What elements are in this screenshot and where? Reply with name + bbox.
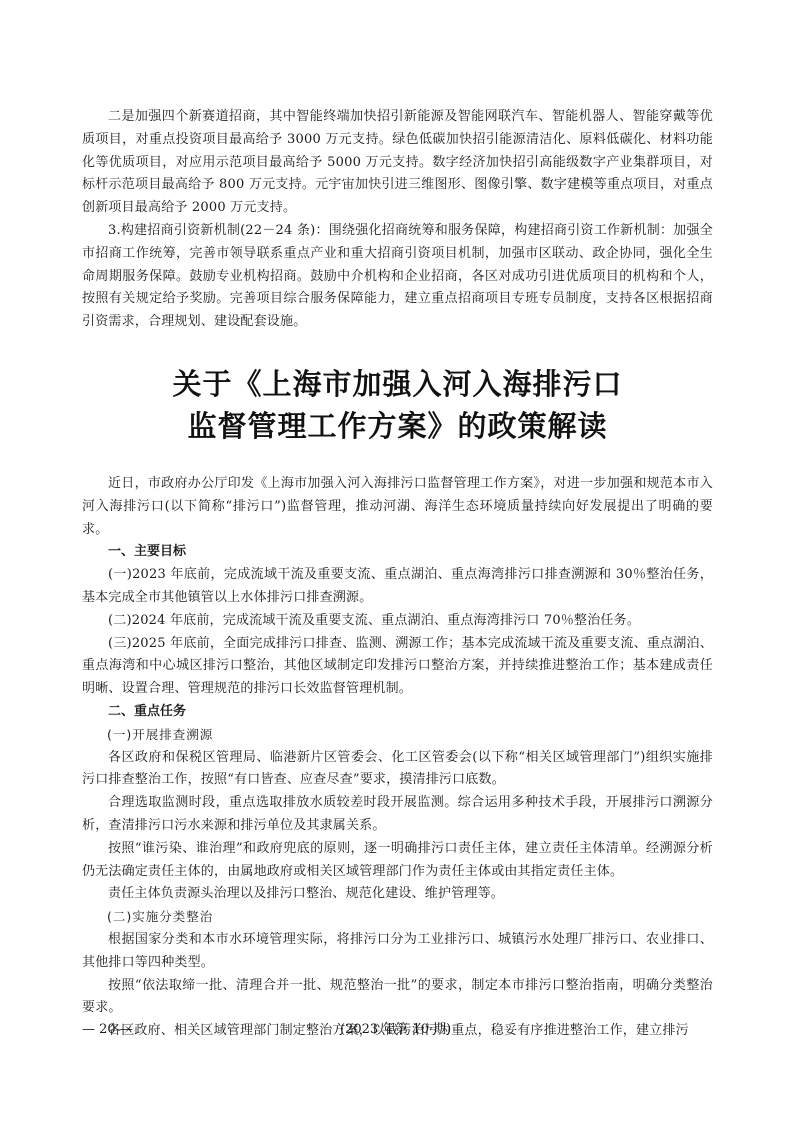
- body-paragraph: 按照“依法取缔一批、清理合并一批、规范整治一批”的要求，制定本市排污口整治指南，…: [82, 975, 713, 1021]
- subsection-heading-survey: (一)开展排查溯源: [82, 724, 713, 747]
- page-number: — 20 —: [82, 1019, 133, 1041]
- section-heading-main-goals: 一、主要目标: [82, 541, 713, 564]
- body-paragraph: 二是加强四个新赛道招商，其中智能终端加快招引新能源及智能网联汽车、智能机器人、智…: [82, 106, 713, 220]
- intro-paragraph: 近日，市政府办公厅印发《上海市加强入河入海排污口监督管理工作方案》，对进一步加强…: [82, 473, 713, 541]
- document-page: 二是加强四个新赛道招商，其中智能终端加快招引新能源及智能网联汽车、智能机器人、智…: [82, 106, 713, 1043]
- goal-item: (三)2025 年底前，全面完成排污口排查、监测、溯源工作；基本完成流域干流及重…: [82, 633, 713, 701]
- page-footer: — 20 — (2023 年第 10 期): [82, 1019, 713, 1041]
- article-title: 关于《上海市加强入河入海排污口 监督管理工作方案》的政策解读: [82, 363, 713, 447]
- body-paragraph: 3.构建招商引资新机制(22－24 条)：围绕强化招商统筹和服务保障，构建招商引…: [82, 220, 713, 334]
- body-paragraph: 按照“谁污染、谁治理”和政府兜底的原则，逐一明确排污口责任主体，建立责任主体清单…: [82, 838, 713, 884]
- goal-item: (一)2023 年底前，完成流域干流及重要支流、重点湖泊、重点海湾排污口排查溯源…: [82, 564, 713, 610]
- body-paragraph: 各区政府和保税区管理局、临港新片区管委会、化工区管委会(以下称“相关区域管理部门…: [82, 747, 713, 793]
- section-heading-key-tasks: 二、重点任务: [82, 701, 713, 724]
- body-paragraph: 根据国家分类和本市水环境管理实际，将排污口分为工业排污口、城镇污水处理厂排污口、…: [82, 929, 713, 975]
- body-paragraph: 合理选取监测时段，重点选取排放水质较差时段开展监测。综合运用多种技术手段，开展排…: [82, 792, 713, 838]
- goal-item: (二)2024 年底前，完成流域干流及重要支流、重点湖泊、重点海湾排污口 70％…: [82, 610, 713, 633]
- article-title-line-2: 监督管理工作方案》的政策解读: [82, 405, 713, 447]
- body-paragraph: 责任主体负责源头治理以及排污口整治、规范化建设、维护管理等。: [82, 883, 713, 906]
- subsection-heading-classification: (二)实施分类整治: [82, 906, 713, 929]
- article-title-line-1: 关于《上海市加强入河入海排污口: [82, 363, 713, 405]
- issue-label: (2023 年第 10 期): [340, 1019, 451, 1041]
